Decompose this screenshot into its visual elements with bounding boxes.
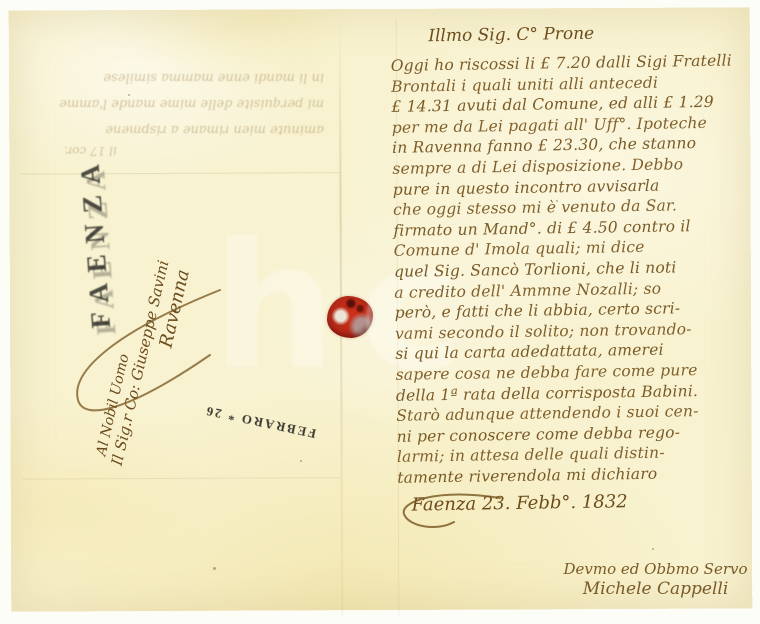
- signature-block: Devmo ed Obbmo Servo Michele Cappelli: [548, 560, 760, 599]
- ghost-note-line: in li mandi enne mamma similese: [24, 64, 324, 90]
- ghost-note-line: aminute mien rimane a rispmene: [24, 116, 324, 142]
- paper-speck: [128, 94, 130, 96]
- horizontal-fold-crease: [21, 172, 339, 174]
- salutation: Illmo Sig. C° Prone: [428, 21, 752, 46]
- ghost-note-date: il 17 cor.: [24, 142, 324, 160]
- letter-text-page: Illmo Sig. C° Prone Oggi ho riscossi li …: [390, 21, 760, 516]
- mirrored-ink-bleed-note: il 17 cor. aminute mien rimane a rispmen…: [24, 30, 324, 160]
- signature-name: Michele Cappelli: [548, 579, 760, 599]
- body-line: tamente riverendola mi dichiaro: [397, 462, 759, 488]
- ghost-note-line: mi perquisite delle mime mande l'amme: [24, 90, 324, 116]
- paper-speck: [300, 460, 302, 462]
- paper-speck: [213, 567, 216, 570]
- closing-formula: Devmo ed Obbmo Servo: [548, 560, 760, 578]
- paper-speck: [652, 548, 654, 550]
- photo-of-1832-letter: { "scene": { "background_color": "#fdfdf…: [0, 0, 760, 624]
- paper-speck: [556, 200, 558, 202]
